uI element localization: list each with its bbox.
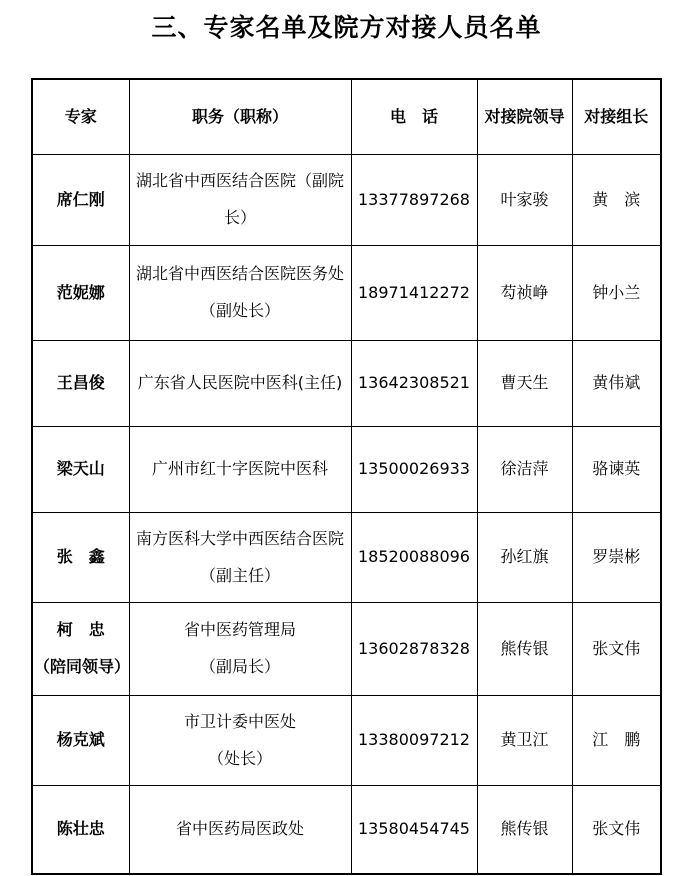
position-cell: 广州市红十字医院中医科	[129, 427, 351, 513]
position-cell: 湖北省中西医结合医院（副院 长）	[129, 155, 351, 246]
position-cell: 省中医药管理局 （副局长）	[129, 603, 351, 696]
hospital-leader-cell: 黄卫江	[477, 696, 572, 786]
hospital-leader-cell: 曹天生	[477, 341, 572, 427]
expert-cell: 范妮娜	[32, 246, 129, 341]
hospital-leader-cell: 熊传银	[477, 786, 572, 874]
table-row: 王昌俊 广东省人民医院中医科(主任) 13642308521 曹天生 黄伟斌	[32, 341, 661, 427]
expert-cell: 王昌俊	[32, 341, 129, 427]
phone-cell: 13602878328	[351, 603, 477, 696]
group-leader-cell: 张文伟	[572, 603, 661, 696]
hospital-leader-cell: 叶家骏	[477, 155, 572, 246]
expert-cell: 杨克斌	[32, 696, 129, 786]
table-row: 柯 忠 （陪同领导） 省中医药管理局 （副局长） 13602878328 熊传银…	[32, 603, 661, 696]
column-header-expert: 专家	[32, 79, 129, 155]
group-leader-cell: 张文伟	[572, 786, 661, 874]
table-body: 席仁刚 湖北省中西医结合医院（副院 长） 13377897268 叶家骏 黄 滨…	[32, 155, 661, 874]
position-cell: 市卫计委中医处 （处长）	[129, 696, 351, 786]
position-cell: 省中医药局医政处	[129, 786, 351, 874]
table-row: 陈壮忠 省中医药局医政处 13580454745 熊传银 张文伟	[32, 786, 661, 874]
column-header-hospital-leader: 对接院领导	[477, 79, 572, 155]
phone-cell: 13580454745	[351, 786, 477, 874]
hospital-leader-cell: 熊传银	[477, 603, 572, 696]
hospital-leader-cell: 徐洁萍	[477, 427, 572, 513]
hospital-leader-cell: 孙红旗	[477, 513, 572, 603]
group-leader-cell: 江 鹏	[572, 696, 661, 786]
phone-cell: 18520088096	[351, 513, 477, 603]
column-header-position: 职务（职称）	[129, 79, 351, 155]
table-row: 梁天山 广州市红十字医院中医科 13500026933 徐洁萍 骆谏英	[32, 427, 661, 513]
group-leader-cell: 钟小兰	[572, 246, 661, 341]
column-header-group-leader: 对接组长	[572, 79, 661, 155]
expert-cell: 梁天山	[32, 427, 129, 513]
group-leader-cell: 黄 滨	[572, 155, 661, 246]
position-cell: 南方医科大学中西医结合医院 （副主任）	[129, 513, 351, 603]
group-leader-cell: 骆谏英	[572, 427, 661, 513]
position-cell: 广东省人民医院中医科(主任)	[129, 341, 351, 427]
header-row: 专家 职务（职称） 电 话 对接院领导 对接组长	[32, 79, 661, 155]
group-leader-cell: 罗崇彬	[572, 513, 661, 603]
phone-cell: 13500026933	[351, 427, 477, 513]
page-title: 三、专家名单及院方对接人员名单	[0, 10, 693, 46]
table-row: 范妮娜 湖北省中西医结合医院医务处 （副处长） 18971412272 芶祯峥 …	[32, 246, 661, 341]
table-header: 专家 职务（职称） 电 话 对接院领导 对接组长	[32, 79, 661, 155]
expert-cell: 柯 忠 （陪同领导）	[32, 603, 129, 696]
table-row: 张 鑫 南方医科大学中西医结合医院 （副主任） 18520088096 孙红旗 …	[32, 513, 661, 603]
expert-cell: 陈壮忠	[32, 786, 129, 874]
table-row: 席仁刚 湖北省中西医结合医院（副院 长） 13377897268 叶家骏 黄 滨	[32, 155, 661, 246]
group-leader-cell: 黄伟斌	[572, 341, 661, 427]
table-row: 杨克斌 市卫计委中医处 （处长） 13380097212 黄卫江 江 鹏	[32, 696, 661, 786]
document-page: 三、专家名单及院方对接人员名单 专家 职务（职称） 电 话 对接院领导 对接组长…	[0, 0, 693, 876]
phone-cell: 13380097212	[351, 696, 477, 786]
phone-cell: 13642308521	[351, 341, 477, 427]
expert-cell: 席仁刚	[32, 155, 129, 246]
hospital-leader-cell: 芶祯峥	[477, 246, 572, 341]
column-header-phone: 电 话	[351, 79, 477, 155]
experts-table: 专家 职务（职称） 电 话 对接院领导 对接组长 席仁刚 湖北省中西医结合医院（…	[31, 78, 662, 875]
position-cell: 湖北省中西医结合医院医务处 （副处长）	[129, 246, 351, 341]
expert-cell: 张 鑫	[32, 513, 129, 603]
phone-cell: 18971412272	[351, 246, 477, 341]
phone-cell: 13377897268	[351, 155, 477, 246]
